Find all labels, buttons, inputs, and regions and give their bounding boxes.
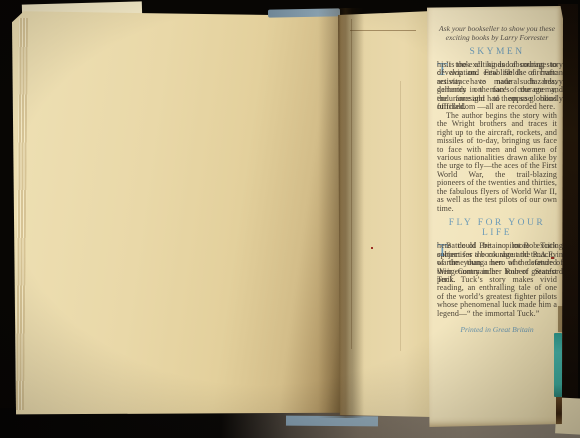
- endpaper: [338, 11, 432, 417]
- endpaper-crease-faint: [400, 81, 401, 351]
- endpaper-crease-vertical: [351, 19, 352, 349]
- endpaper-crease-horizontal: [350, 30, 416, 31]
- fly-paragraph-1-text: here could be no more exciting subject f…: [437, 242, 563, 284]
- red-speck: [371, 247, 373, 249]
- cover-edge-bottom: [286, 416, 378, 427]
- red-speck: [551, 257, 554, 259]
- heading-skymen: SKYMEN: [437, 47, 557, 57]
- bookseller-note: Ask your bookseller to show you these ex…: [437, 24, 557, 42]
- page-edges: [15, 18, 28, 410]
- left-page: [12, 8, 348, 416]
- dust-jacket-flap: Ask your bookseller to show you these ex…: [427, 6, 563, 427]
- cover-edge-top: [268, 8, 340, 17]
- flap-text-column: Ask your bookseller to show you these ex…: [427, 6, 563, 427]
- book-photo-scene: Ask your bookseller to show you these ex…: [0, 0, 580, 438]
- skymen-paragraph-3: The author begins the story with the Wri…: [437, 112, 557, 213]
- heading-fly-for-your-life: FLY FOR YOUR LIFE: [437, 218, 557, 238]
- skymen-paragraph-1-text: his is the exciting and absorbing story …: [437, 61, 563, 112]
- jacket-teal-sliver: [554, 333, 562, 397]
- printed-in-great-britain: Printed in Great Britain: [437, 325, 557, 334]
